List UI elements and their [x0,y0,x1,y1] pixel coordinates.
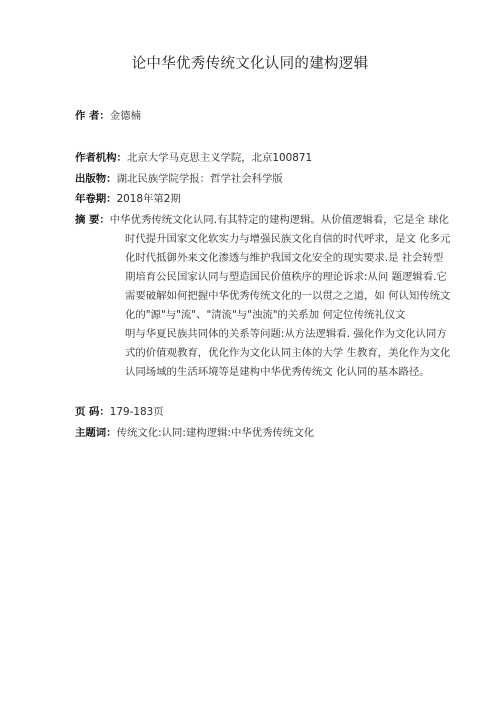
issue-label: 年卷期： [75,193,117,205]
institution-field: 作者机构：北京大学马克思主义学院，北京100871 [75,151,312,165]
abstract-line: 认同场域的生活环境等是建构中华优秀传统文 化认同的基本路径。 [125,365,427,384]
publication-value: 湖北民族学院学报：哲学社会科学版 [117,173,283,185]
abstract-line: 化的"源"与"流"、"清流"与"浊流"的关系加 何定位传统礼仪文 [125,308,427,327]
abstract-line: 摘 要：中华优秀传统文化认同.有其特定的建构逻辑。从价值逻辑看，它是全 球化 [75,213,427,232]
author-label: 作 者： [75,110,110,122]
abstract-line: 期培育公民国家认同与塑造国民价值秩序的理论诉求:从问 题逻辑看.它 [125,270,427,289]
publication-label: 出版物： [75,173,117,185]
abstract-label: 摘 要： [75,214,110,226]
document-page: 论中华优秀传统文化认同的建构逻辑 作 者：金德楠 作者机构：北京大学马克思主义学… [0,0,500,707]
document-title: 论中华优秀传统文化认同的建构逻辑 [0,52,500,73]
keywords-label: 主题词： [75,427,117,439]
issue-value: 2018年第2期 [117,193,181,205]
pages-field: 页 码：179-183页 [75,405,164,419]
abstract-text: 中华优秀传统文化认同.有其特定的建构逻辑。从价值逻辑看，它是全 球化 [110,214,449,226]
pages-value: 179-183页 [110,406,164,418]
keywords-value: 传统文化:认同:建构逻辑:中华优秀传统文化 [117,427,315,439]
abstract-line: 式的价值观教育，优化作为文化认同主体的大学 生教育，美化作为文化 [125,346,427,365]
author-value: 金德楠 [110,110,141,122]
publication-field: 出版物：湖北民族学院学报：哲学社会科学版 [75,172,283,186]
author-field: 作 者：金德楠 [75,109,141,123]
pages-label: 页 码： [75,406,110,418]
issue-field: 年卷期：2018年第2期 [75,192,181,206]
abstract-line: 需要破解如何把握中华优秀传统文化的一以贯之之道，如 何认知传统文 [125,289,427,308]
abstract-line: 化时代抵御外来文化渗透与维护我国文化安全的现实要求.是 社会转型 [125,251,427,270]
institution-label: 作者机构： [75,152,127,164]
keywords-field: 主题词：传统文化:认同:建构逻辑:中华优秀传统文化 [75,426,314,440]
abstract-line: 时代提升国家文化软实力与增强民族文化自信的时代呼求，是文 化多元 [125,232,427,251]
abstract-line: 明与华夏民族共同体的关系等问题:从方法逻辑看. 强化作为文化认同方 [125,327,427,346]
institution-value: 北京大学马克思主义学院，北京100871 [127,152,312,164]
abstract-section: 摘 要：中华优秀传统文化认同.有其特定的建构逻辑。从价值逻辑看，它是全 球化 时… [75,213,427,384]
